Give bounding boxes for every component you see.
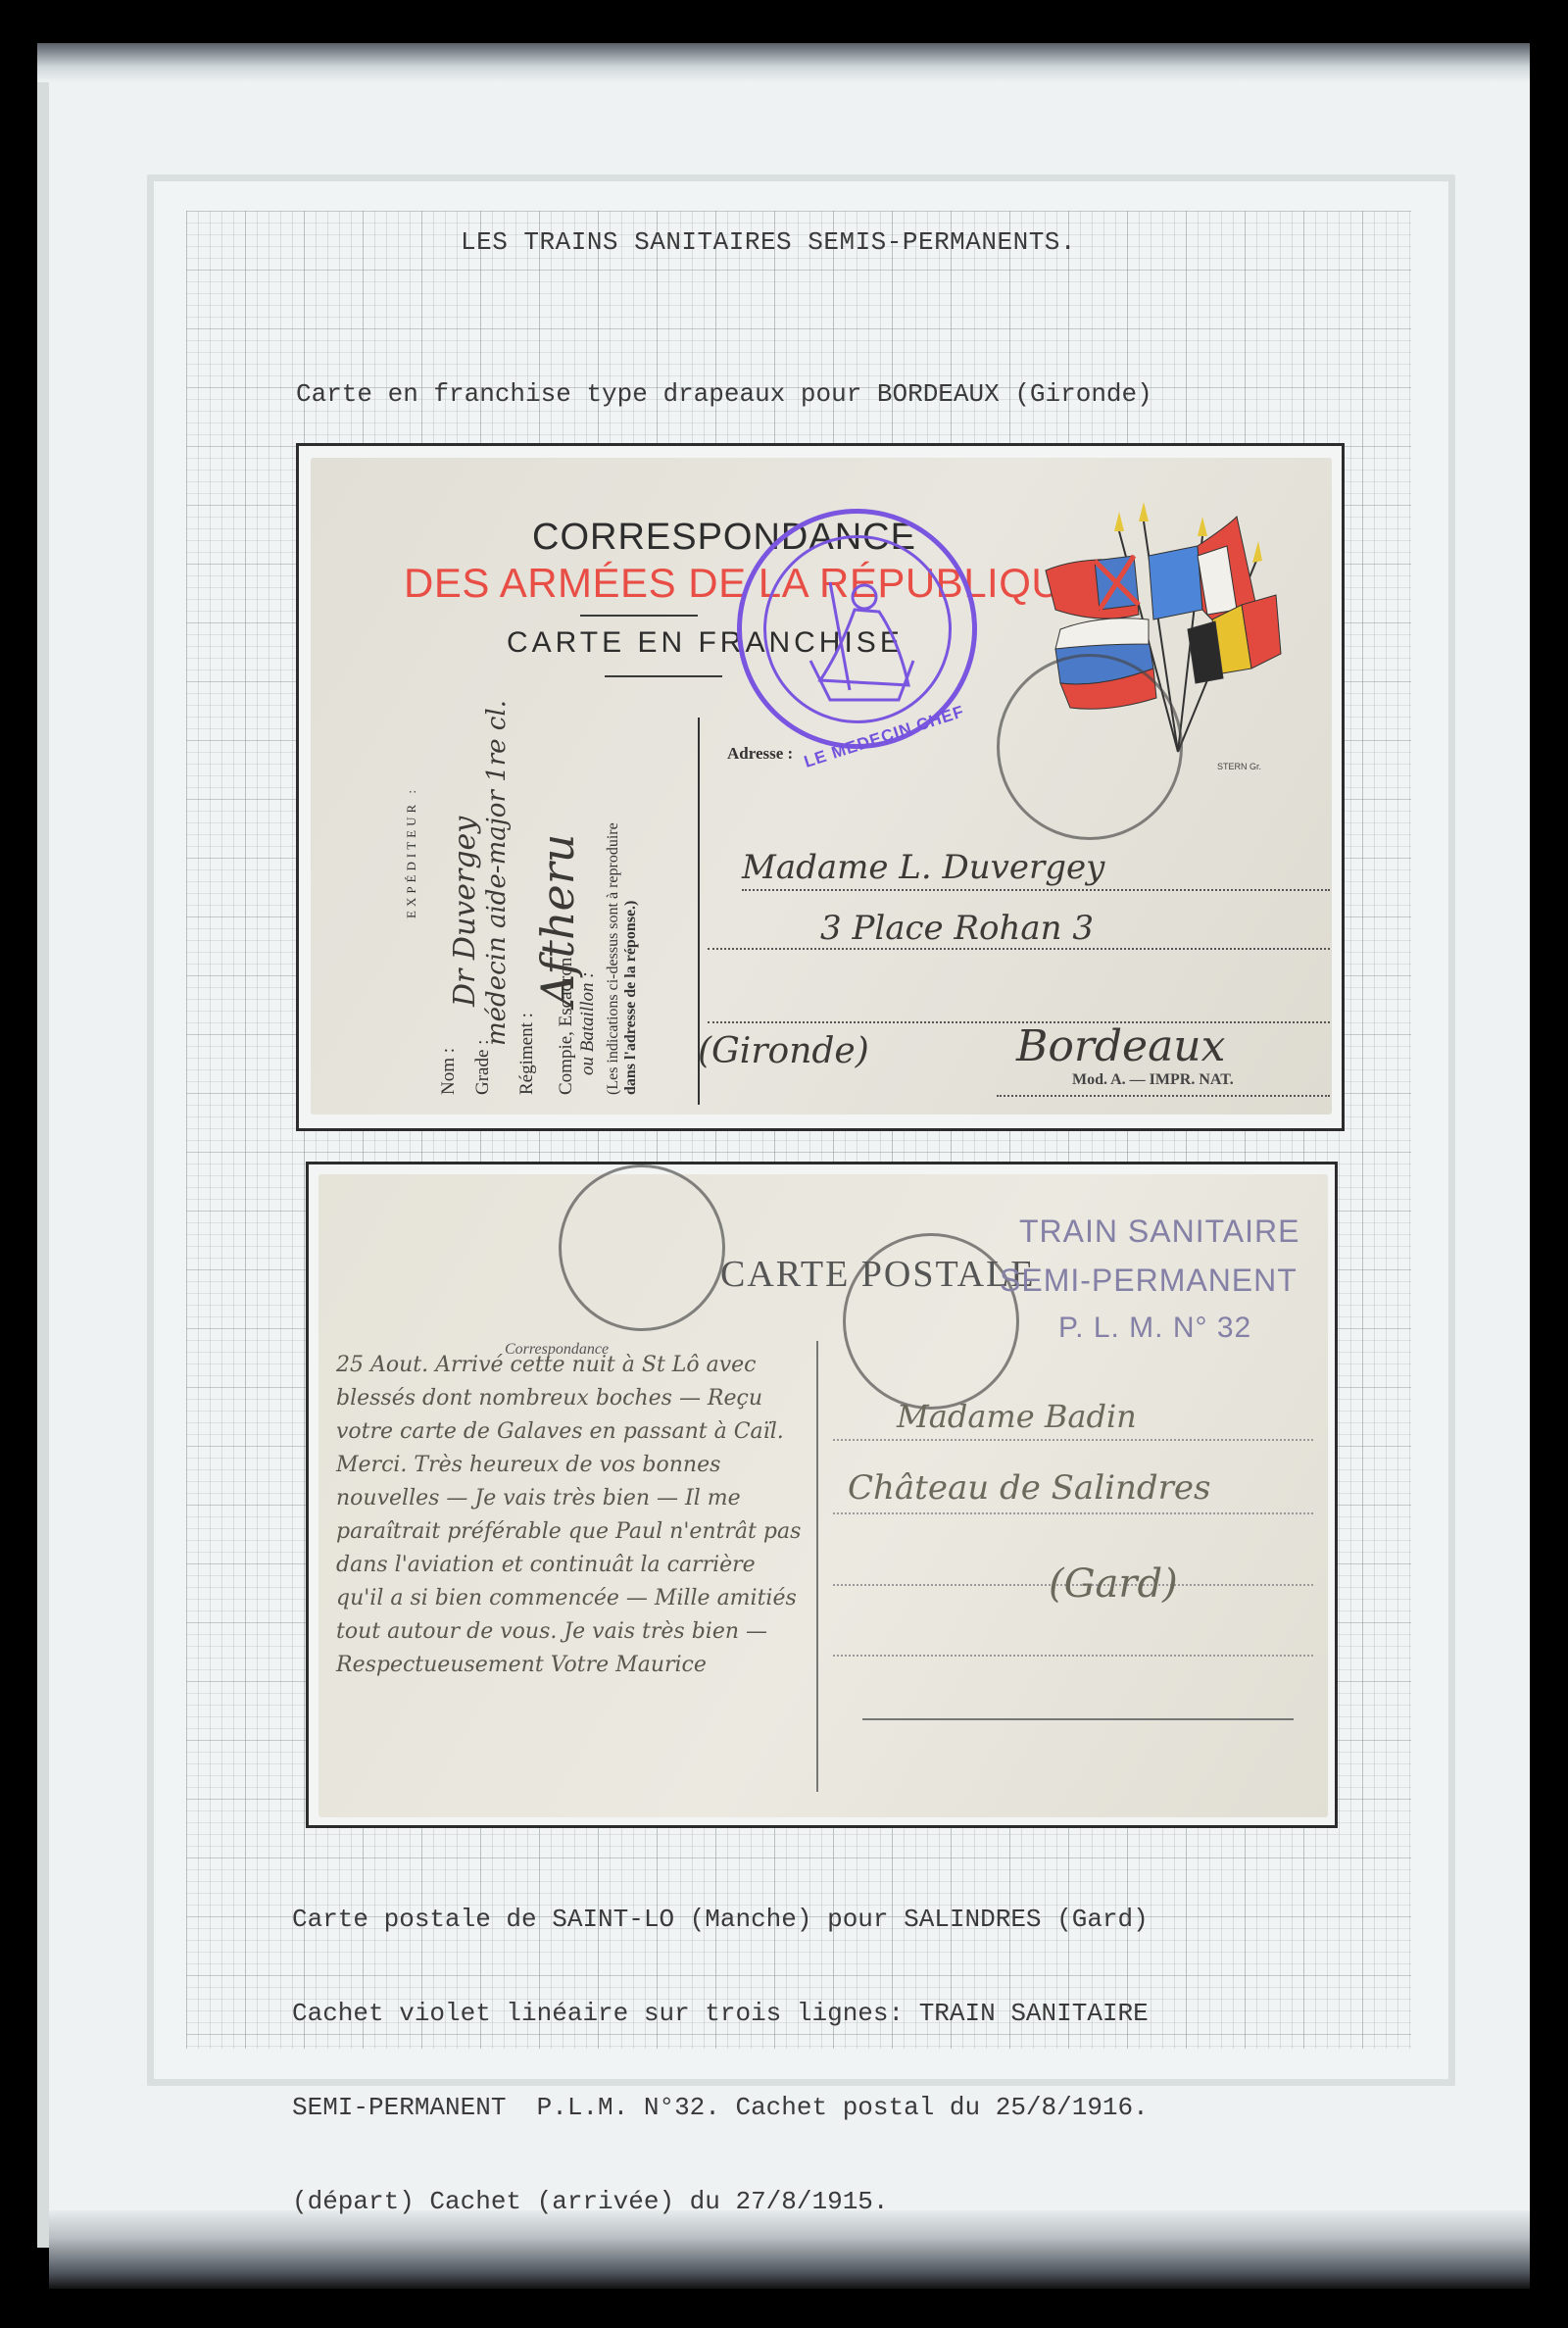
address-label: Adresse : xyxy=(727,744,793,764)
dijon-postmark xyxy=(997,654,1183,840)
handwritten-message: 25 Aout. Arrivé cette nuit à St Lô avec … xyxy=(336,1349,807,1682)
address-department: (Gironde) xyxy=(698,1031,869,1071)
address-line xyxy=(997,1095,1330,1097)
carte-postale: CARTE POSTALE TRAIN SANITAIRE SEMI-PERMA… xyxy=(318,1174,1328,1817)
sender-note: dans l'adresse de la réponse.) xyxy=(622,901,640,1095)
address-line xyxy=(708,948,1330,950)
description-line: Cachet violet linéaire sur trois lignes:… xyxy=(292,1998,1149,2029)
address-street: 3 Place Rohan 3 xyxy=(820,909,1094,948)
address-department: (Gard) xyxy=(1049,1561,1178,1607)
salindres-postmark xyxy=(559,1164,725,1331)
cachet-line-3: P. L. M. N° 32 xyxy=(1058,1312,1251,1345)
handwritten-grade: médecin aide-major 1re cl. xyxy=(482,700,512,1046)
sender-heading: EXPÉDITEUR : xyxy=(404,786,419,918)
field-nom: Nom : xyxy=(438,1048,460,1095)
page-title: LES TRAINS SANITAIRES SEMIS-PERMANENTS. xyxy=(461,227,1076,257)
address-line xyxy=(833,1439,1313,1441)
handwritten-name: Dr Duvergey xyxy=(448,817,482,1007)
card-divider xyxy=(816,1341,818,1792)
address-city: Bordeaux xyxy=(1016,1021,1225,1071)
ornament-rule xyxy=(605,675,722,677)
card-mount-1: CORRESPONDANCE DES ARMÉES DE LA RÉPUBLIQ… xyxy=(296,443,1345,1131)
cachet-line-1: TRAIN SANITAIRE xyxy=(1019,1214,1299,1250)
description-line: (départ) Cachet (arrivée) du 27/8/1915. xyxy=(292,2186,1149,2217)
cachet-line-2: SEMI-PERMANENT xyxy=(1000,1263,1298,1299)
card-header: CARTE POSTALE xyxy=(720,1253,1036,1296)
address-line xyxy=(833,1655,1313,1657)
address-recipient: Madame Badin xyxy=(897,1398,1137,1435)
flags-artist: STERN Gr. xyxy=(1217,762,1261,771)
address-line xyxy=(742,889,1330,891)
card-mount-2: CARTE POSTALE TRAIN SANITAIRE SEMI-PERMA… xyxy=(306,1162,1338,1828)
page-top-edge xyxy=(37,43,1530,82)
address-underline xyxy=(862,1718,1294,1720)
ornament-rule xyxy=(580,615,698,617)
field-grade: Grade : xyxy=(472,1040,494,1095)
description-card-2: Carte postale de SAINT-LO (Manche) pour … xyxy=(292,1841,1149,2249)
description-line: Carte en franchise type drapeaux pour BO… xyxy=(296,378,1213,410)
field-regiment: Régiment : xyxy=(516,1013,538,1095)
address-recipient: Madame L. Duvergey xyxy=(742,848,1104,887)
franchise-postcard: CORRESPONDANCE DES ARMÉES DE LA RÉPUBLIQ… xyxy=(311,458,1332,1114)
description-line: SEMI-PERMANENT P.L.M. N°32. Cachet posta… xyxy=(292,2092,1149,2123)
description-line: Carte postale de SAINT-LO (Manche) pour … xyxy=(292,1904,1149,1935)
address-place: Château de Salindres xyxy=(848,1468,1210,1508)
handwritten-signature: Aftheru xyxy=(531,834,584,1007)
address-line xyxy=(833,1512,1313,1514)
imprint: Mod. A. — IMPR. NAT. xyxy=(1072,1071,1234,1089)
sender-note: (Les indications ci-dessus sont à reprod… xyxy=(605,822,622,1095)
